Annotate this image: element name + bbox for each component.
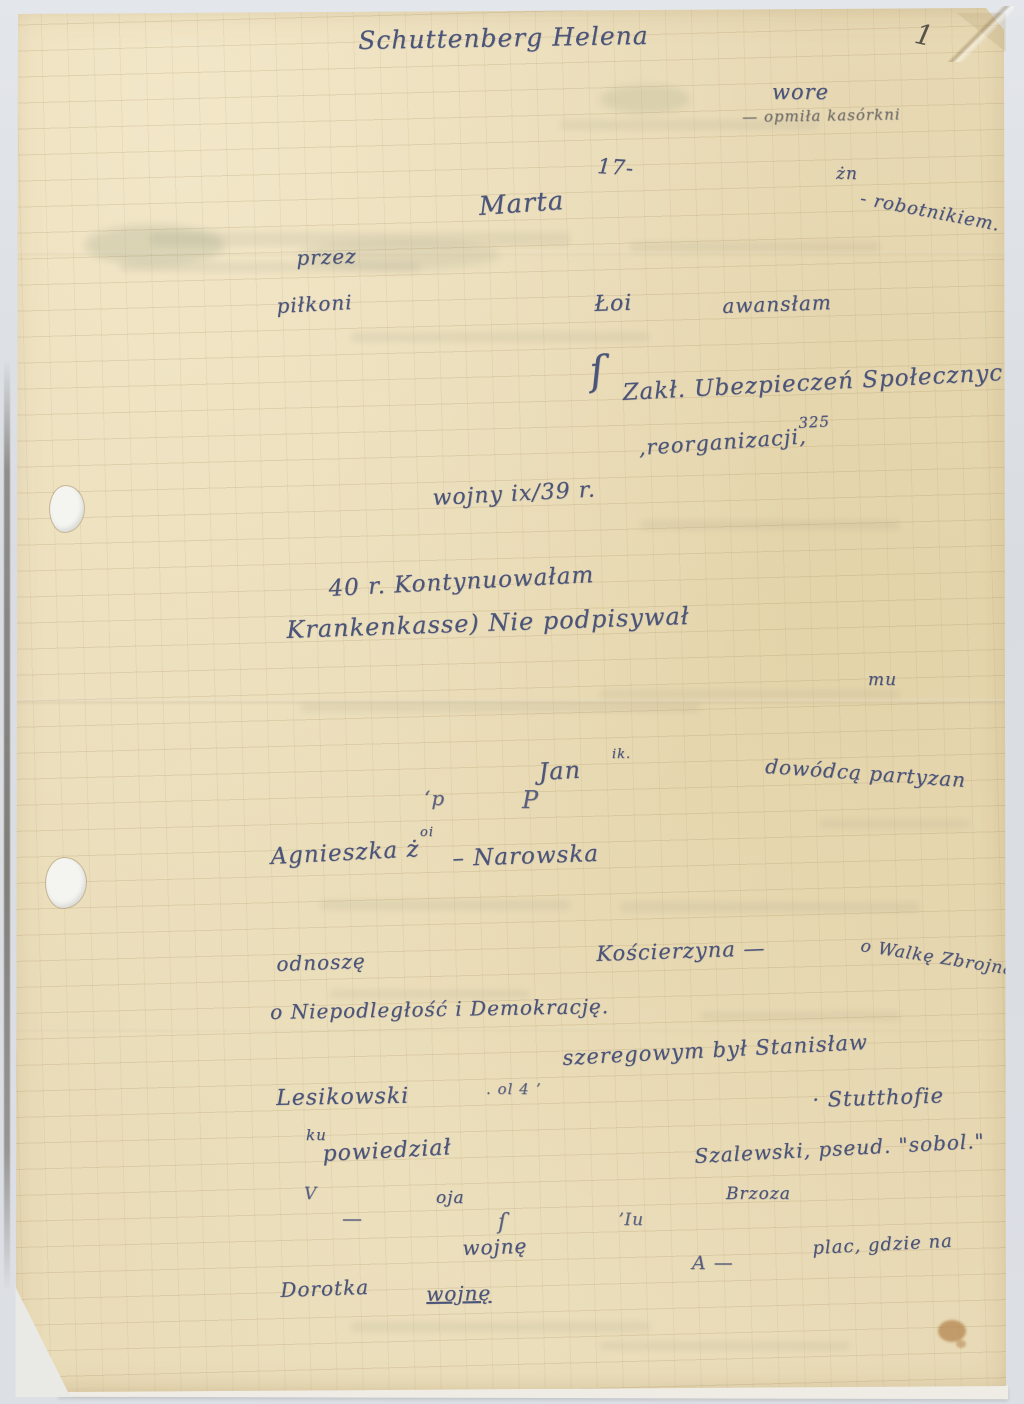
green-stain <box>600 85 690 113</box>
annotation-awanslam: awansłam <box>722 292 832 316</box>
annotation-zaklad-ubezpieczen: Zakł. Ubezpieczeń Społecznych <box>622 361 1020 405</box>
annotation-stray-ru: ʼIu <box>618 1212 644 1229</box>
annotation-page-number: 1 <box>912 20 936 51</box>
annotation-loi: Łoi <box>594 293 633 316</box>
scan-edge-shadow <box>4 360 10 1290</box>
annotation-ku: ku <box>306 1128 327 1143</box>
annotation-17: 17- <box>597 156 635 180</box>
faded-ink-smudge <box>350 1322 650 1332</box>
annotation-agnieszka: Agnieszka ż <box>270 838 420 869</box>
paper-crease <box>0 1028 1024 1031</box>
annotation-narowska: – Narowska <box>452 843 599 871</box>
annotation-szalewski-sobol: Szalewski, pseud. "sobol." <box>694 1131 985 1166</box>
annotation-stray-v: V <box>304 1186 317 1203</box>
faded-ink-smudge <box>600 1342 850 1350</box>
hole-punch-bottom <box>46 858 86 908</box>
annotation-stray-s: ſ <box>498 1212 507 1234</box>
faded-ink-smudge <box>820 820 970 828</box>
annotation-walka-zbrojna: o Walkę Zbrojną <box>859 938 1015 979</box>
paper-crease <box>0 252 1024 255</box>
annotation-wore: wore <box>772 82 829 103</box>
annotation-header-name: Schuttenberg Helena <box>358 23 649 53</box>
annotation-lesikowski: Lesikowski <box>276 1086 409 1110</box>
annotation-marta: Marta <box>478 188 565 220</box>
brown-stain <box>956 1340 966 1348</box>
annotation-stray-p: P <box>522 788 539 812</box>
faded-ink-smudge <box>600 690 900 698</box>
faded-ink-smudge <box>350 332 650 342</box>
annotation-oja: oja <box>436 1190 465 1207</box>
faded-ink-smudge <box>620 902 920 912</box>
annotation-wojny-ix39: wojny ix/39 r. <box>432 479 596 510</box>
annotation-niepodleglosc: o Niepodległość i Demokrację. <box>270 996 609 1022</box>
annotation-szeregowym-stanislaw: szeregowym był Stanisław <box>562 1032 868 1069</box>
brown-stain <box>938 1320 966 1342</box>
hole-punch-top <box>50 486 84 532</box>
paper-crease <box>0 700 1024 703</box>
annotation-zn: żn <box>836 166 858 183</box>
annotation-wojne-1: wojnę <box>462 1236 528 1258</box>
annotation-stray-dash: — <box>342 1208 363 1228</box>
annotation-stray-lp: ʻp <box>424 788 445 808</box>
annotation-powiedzial: powiedział <box>322 1137 452 1166</box>
faded-ink-smudge <box>320 900 570 910</box>
annotation-robotnikiem: - robotnikiem. <box>859 190 1002 235</box>
annotation-kontynuowalam: 40 r. Kontynuowałam <box>328 564 595 601</box>
annotation-plac-gdzie-na: plac, gdzie na <box>812 1233 953 1258</box>
annotation-krankenkasse: Krankenkasse) Nie podpisywał <box>286 604 690 642</box>
annotation-brzoza: Brzoza <box>726 1186 791 1203</box>
annotation-oi: oi <box>420 826 434 839</box>
annotation-odnosze: odnoszę <box>276 951 366 974</box>
document-scan: Schuttenberg Helena 1 wore — opmiła kasó… <box>0 0 1024 1404</box>
annotation-stray-a: A — <box>692 1254 734 1273</box>
annotation-stray-ot4: . ol 4 ʼ <box>486 1082 541 1097</box>
annotation-mu: mu <box>868 672 897 689</box>
faded-ink-smudge <box>300 702 700 712</box>
annotation-pencil-note: — opmiła kasórkni <box>742 107 901 125</box>
annotation-jan: Jan <box>538 758 582 784</box>
faded-ink-smudge <box>640 520 900 530</box>
annotation-wojne-2: wojnę <box>426 1283 491 1304</box>
annotation-przez: przez <box>296 246 357 268</box>
paper-sheet: Schuttenberg Helena 1 wore — opmiła kasó… <box>0 0 1024 1404</box>
annotation-dorotka: Dorotka <box>280 1277 369 1300</box>
annotation-ik: ik. <box>612 748 631 761</box>
annotation-pilkoni: piłkoni <box>276 292 353 316</box>
annotation-koscierzyna: Kościerzyna — <box>596 938 766 965</box>
annotation-flourish: ſ <box>588 351 607 392</box>
faded-ink-smudge <box>630 242 880 252</box>
faded-ink-smudge <box>700 1012 900 1020</box>
green-stain <box>85 225 225 265</box>
annotation-stutthofie: · Stutthofie <box>812 1085 944 1111</box>
annotation-dowodca-partyzan: dowódcą partyzan <box>765 756 967 790</box>
annotation-reorganizacji: ,reorganizacji, <box>638 426 807 459</box>
